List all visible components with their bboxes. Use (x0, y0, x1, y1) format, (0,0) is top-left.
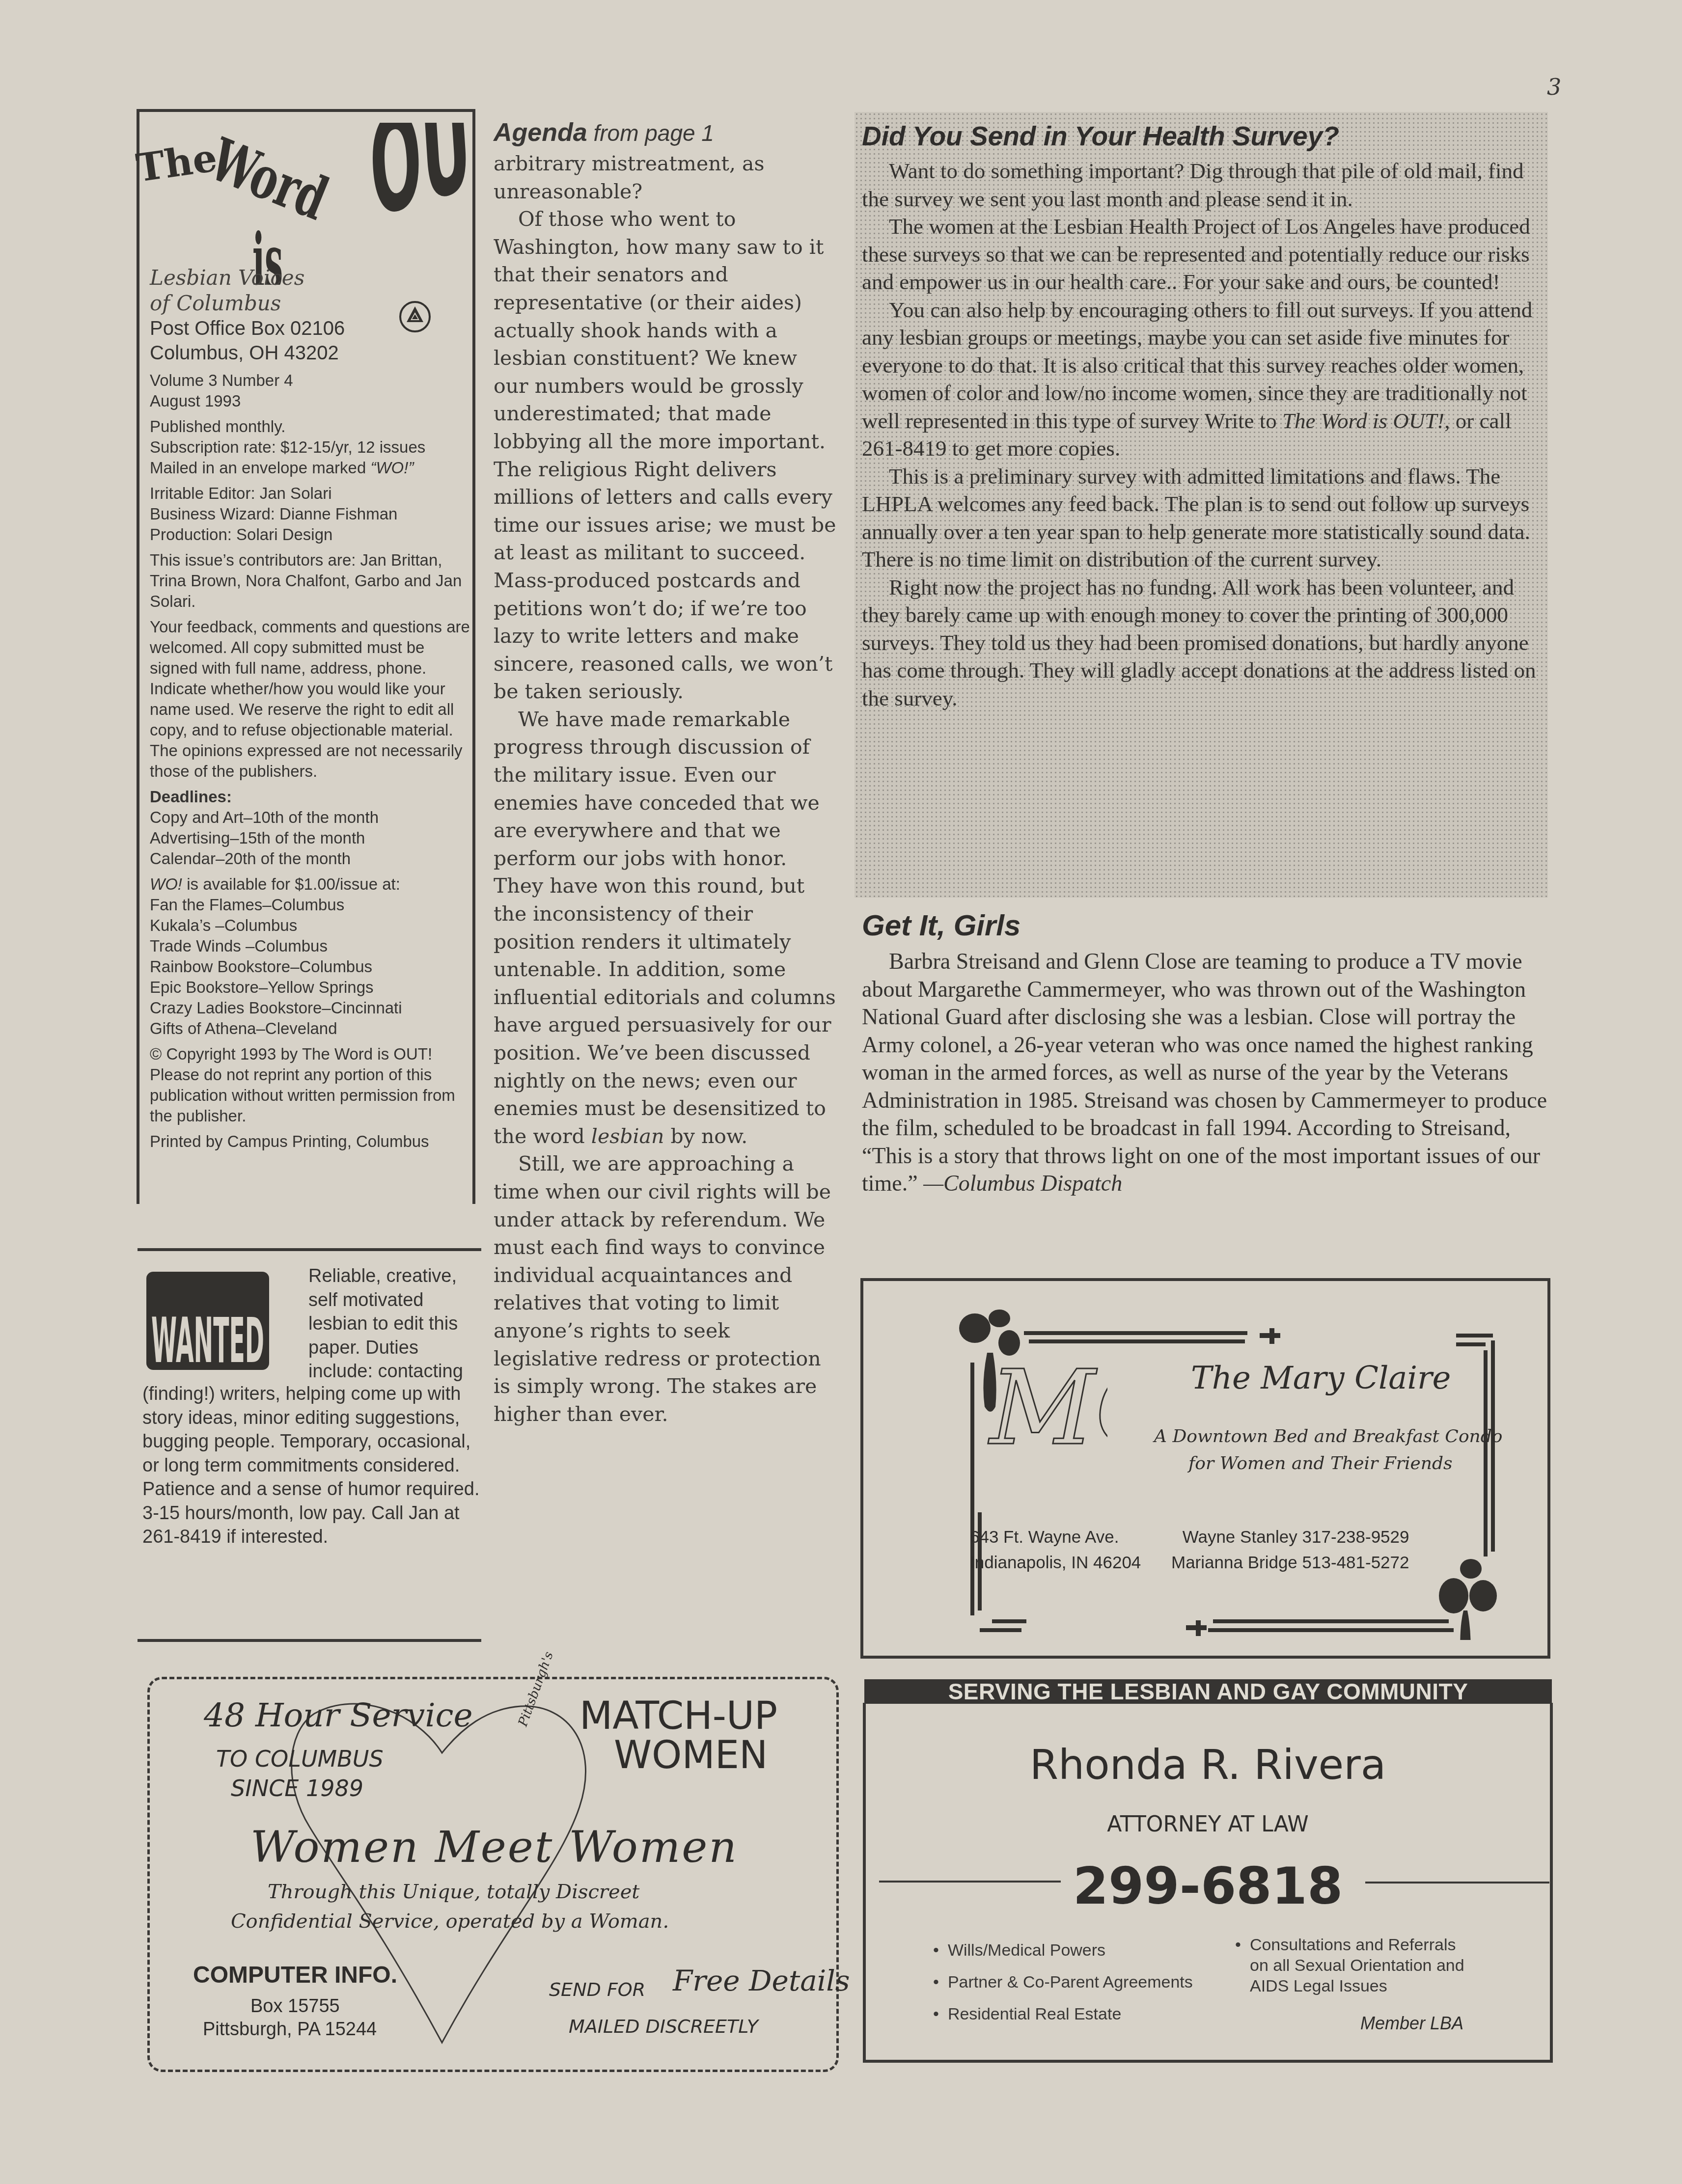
get-it-girls-heading: Get It, Girls (862, 908, 1020, 942)
service-item: Wills/Medical Powers (933, 1935, 1193, 1966)
paragraph: arbitrary mistreatment, as unreasonable? (494, 150, 837, 205)
copyright: © Copyright 1993 by The Word is OUT! Ple… (150, 1044, 474, 1126)
mary-claire-address: 643 Ft. Wayne Ave. Indianapolis, IN 4620… (970, 1525, 1141, 1576)
mc-monogram-icon: MC (980, 1345, 1107, 1498)
brand-line1: MATCH-UP (579, 1694, 777, 1738)
company-name: COMPUTER INFO. (193, 1962, 397, 1989)
deadline-advertising: Advertising–15th of the month (150, 828, 474, 848)
printer-credit: Printed by Campus Printing, Columbus (150, 1131, 474, 1152)
deadline-calendar: Calendar–20th of the month (150, 848, 474, 869)
mary-claire-tagline: for Women and Their Friends (1188, 1453, 1452, 1474)
frequency: Published monthly. (150, 416, 474, 437)
outlet: Crazy Ladies Bookstore–Cincinnati (150, 998, 474, 1018)
org-name-line1: Lesbian Voices (150, 265, 474, 291)
agenda-article: arbitrary mistreatment, as unreasonable?… (494, 150, 837, 1428)
address-line2: Columbus, OH 43202 (150, 341, 474, 365)
deadline-copy: Copy and Art–10th of the month (150, 807, 474, 828)
availability: WO! is available for $1.00/issue at: (150, 874, 474, 895)
attorney-title: ATTORNEY AT LAW (863, 1812, 1553, 1837)
paragraph: The women at the Lesbian Health Project … (862, 213, 1544, 296)
since-year: SINCE 1989 (231, 1775, 363, 1802)
source-credit: —Columbus Dispatch (923, 1171, 1122, 1196)
org-name-line2: of Columbus (150, 291, 474, 316)
outlet: Gifts of Athena–Cleveland (150, 1018, 474, 1039)
svg-text:MC: MC (988, 1348, 1107, 1468)
paragraph: We have made remarkable progress through… (494, 706, 837, 1150)
masthead-info: Lesbian Voices of Columbus Post Office B… (150, 265, 474, 1152)
editorial-policy: Your feedback, comments and questions ar… (150, 617, 474, 782)
service-item: Residential Real Estate (933, 1998, 1193, 2030)
outlet: Epic Bookstore–Yellow Springs (150, 977, 474, 998)
mailing-note: Mailed in an envelope marked “WO!” (150, 458, 474, 478)
outlet: Fan the Flames–Columbus (150, 895, 474, 915)
word-is-out-logo-icon: The Word is OUT! (129, 123, 482, 285)
staff-production: Production: Solari Design (150, 524, 474, 545)
masthead-logo: The Word is OUT! (129, 123, 482, 285)
divider (138, 1639, 481, 1642)
member-lba: Member LBA (1360, 2013, 1463, 2034)
outlet: Rainbow Bookstore–Columbus (150, 956, 474, 977)
divider (138, 1248, 481, 1251)
agenda-heading: Agenda from page 1 (494, 118, 714, 147)
outlet: Trade Winds –Columbus (150, 936, 474, 956)
tagline: Confidential Service, operated by a Woma… (231, 1910, 669, 1933)
subscription-rate: Subscription rate: $12-15/yr, 12 issues (150, 437, 474, 458)
mailed-discreetly: MAILED DISCREETLY (569, 2016, 758, 2037)
deadlines-label: Deadlines: (150, 787, 474, 807)
city-state: Pittsburgh, PA 15244 (203, 2019, 377, 2040)
health-survey-article: Want to do something important? Dig thro… (862, 157, 1544, 712)
attorney-banner: SERVING THE LESBIAN AND GAY COMMUNITY (864, 1679, 1552, 1704)
po-box: Box 15755 (250, 1996, 340, 2017)
wanted-text-bottom: (finding!) writers, helping come up with… (142, 1382, 486, 1549)
outlet: Kukala’s –Columbus (150, 915, 474, 936)
paragraph: You can also help by encouraging others … (862, 296, 1544, 463)
paragraph: Still, we are approaching a time when ou… (494, 1150, 837, 1428)
wanted-text-top: Reliable, creative, self motivated lesbi… (308, 1264, 485, 1384)
paragraph: Of those who went to Washington, how man… (494, 205, 837, 706)
wanted-heading-icon: WANTED (146, 1272, 269, 1370)
headline: Women Meet Women (250, 1822, 738, 1872)
tagline: Through this Unique, totally Discreet (268, 1881, 639, 1903)
services-list-left: Wills/Medical Powers Partner & Co-Parent… (933, 1935, 1193, 2030)
mary-claire-contacts: Wayne Stanley 317-238-9529 Marianna Brid… (1171, 1525, 1409, 1576)
issue-date: August 1993 (150, 391, 474, 411)
svg-text:OUT!: OUT! (365, 123, 482, 248)
page-number: 3 (1547, 74, 1561, 100)
contributors: This issue’s contributors are: Jan Britt… (150, 550, 474, 612)
staff-editor: Irritable Editor: Jan Solari (150, 483, 474, 504)
paragraph: This is a preliminary survey with admitt… (862, 463, 1544, 573)
service-speed: 48 Hour Service (204, 1696, 473, 1734)
volume-number: Volume 3 Number 4 (150, 370, 474, 391)
free-details: Free Details (673, 1964, 850, 1997)
attorney-name: Rhonda R. Rivera (863, 1741, 1553, 1789)
get-it-girls-article: Barbra Streisand and Glenn Close are tea… (862, 948, 1549, 1198)
paragraph: Want to do something important? Dig thro… (862, 157, 1544, 213)
service-item: Partner & Co-Parent Agreements (933, 1966, 1193, 1998)
service-item: Consultations and Referrals (1235, 1935, 1464, 1955)
address-line1: Post Office Box 02106 (150, 316, 474, 341)
health-survey-heading: Did You Send in Your Health Survey? (862, 120, 1339, 152)
staff-business: Business Wizard: Dianne Fishman (150, 504, 474, 524)
service-area: TO COLUMBUS (216, 1746, 384, 1772)
attorney-phone: 299-6818 (863, 1856, 1553, 1916)
services-list-right: Consultations and Referrals on all Sexua… (1235, 1935, 1464, 1996)
svg-text:WANTED: WANTED (151, 1305, 264, 1370)
paragraph: Right now the project has no fundng. All… (862, 573, 1544, 712)
mary-claire-tagline: A Downtown Bed and Breakfast Condo (1154, 1426, 1503, 1447)
mary-claire-title: The Mary Claire (1191, 1360, 1451, 1396)
brand-line2: WOMEN (614, 1733, 768, 1777)
send-for: SEND FOR (549, 1979, 645, 2000)
